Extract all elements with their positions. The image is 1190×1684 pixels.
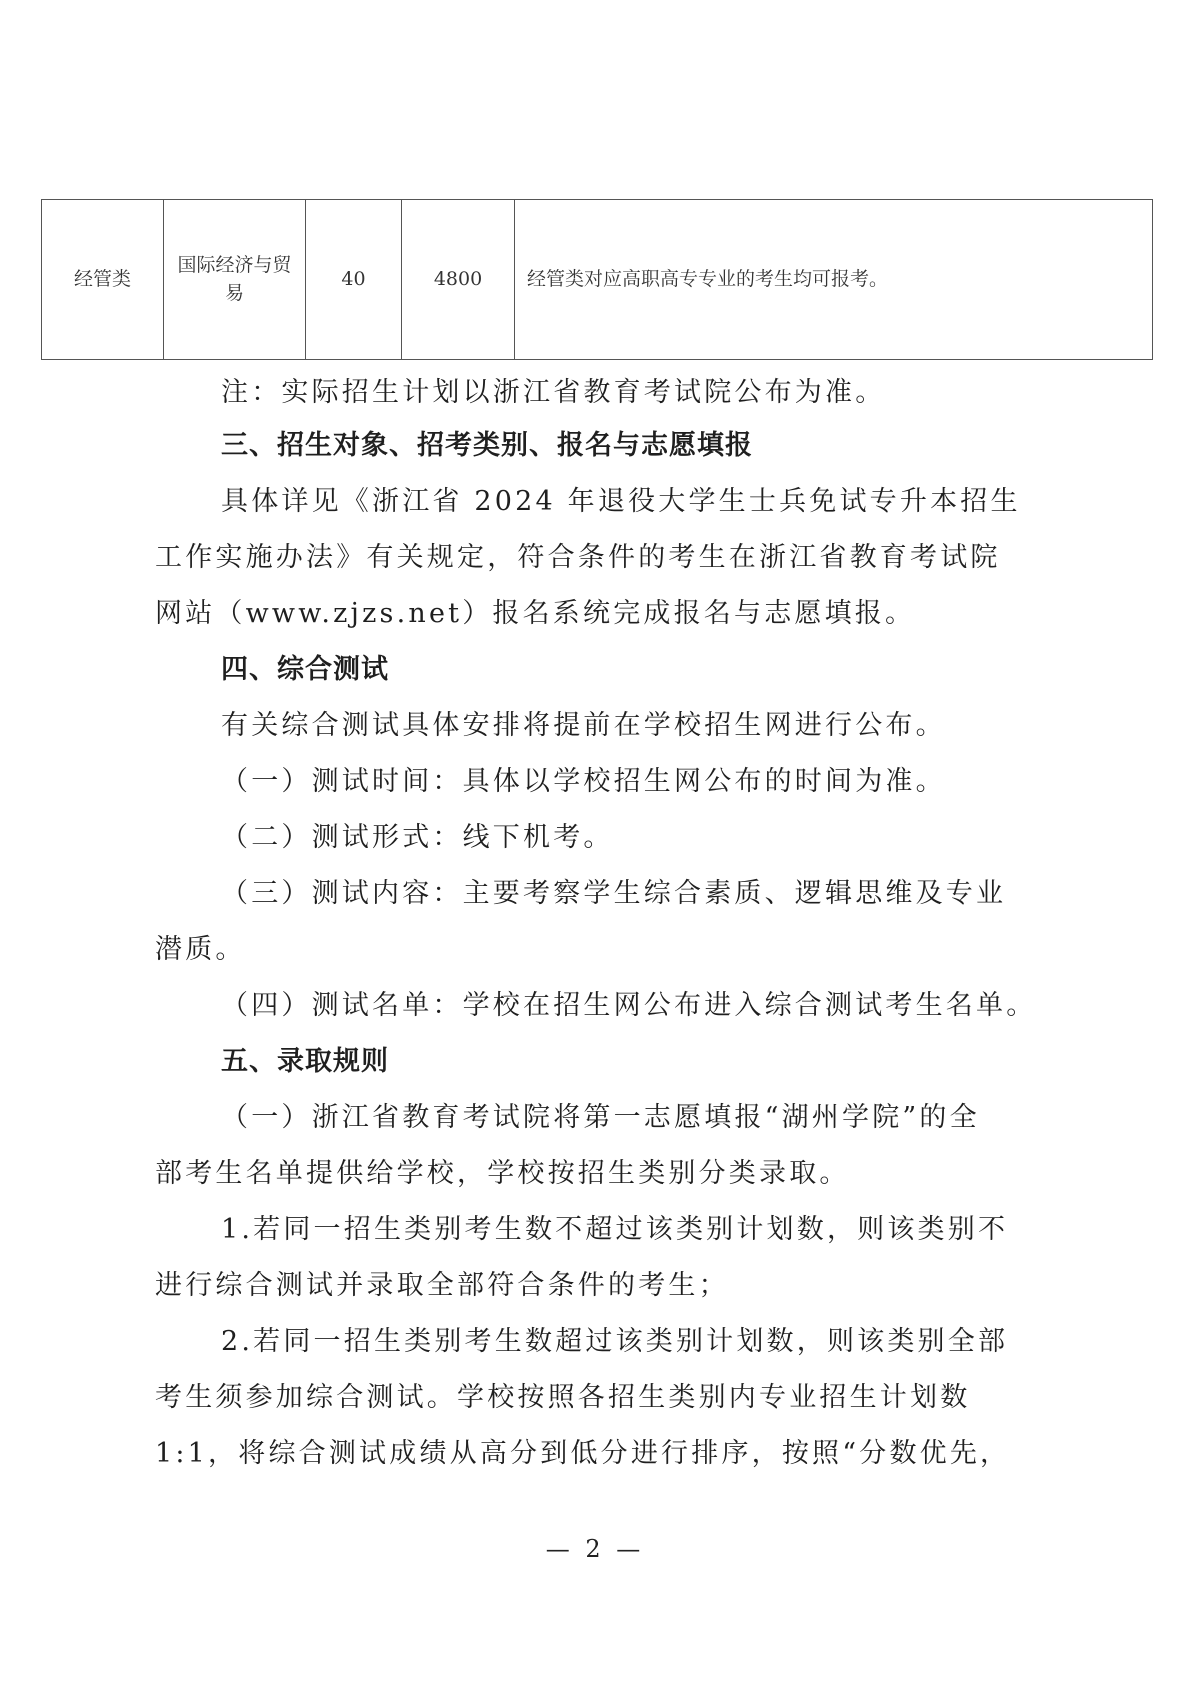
paragraph-line: 1.若同一招生类别考生数不超过该类别计划数，则该类别不 [221, 1207, 1008, 1246]
paragraph-line: 有关综合测试具体安排将提前在学校招生网进行公布。 [221, 703, 946, 742]
paragraph-line: （二）测试形式：线下机考。 [221, 815, 614, 854]
paragraph-line: 网站（www.zjzs.net）报名系统完成报名与志愿填报。 [155, 591, 915, 630]
paragraph-line: 具体详见《浙江省 2024 年退役大学生士兵免试专升本招生 [221, 479, 1021, 518]
section-heading-5: 五、录取规则 [221, 1039, 389, 1078]
paragraph-line: 2.若同一招生类别考生数超过该类别计划数，则该类别全部 [221, 1319, 1008, 1358]
paragraph-line: （三）测试内容：主要考察学生综合素质、逻辑思维及专业 [221, 871, 1006, 910]
paragraph-line: 潜质。 [155, 927, 246, 966]
paragraph-line: 进行综合测试并录取全部符合条件的考生； [155, 1263, 729, 1302]
page-number: — 2 — [0, 1535, 1190, 1563]
cell-major: 国际经济与贸易 [164, 200, 306, 359]
note-line: 注：实际招生计划以浙江省教育考试院公布为准。 [221, 370, 885, 409]
paragraph-line: 1:1，将综合测试成绩从高分到低分进行排序，按照“分数优先， [155, 1431, 1010, 1470]
cell-tuition: 4800 [402, 200, 515, 359]
cell-plan-count: 40 [306, 200, 402, 359]
paragraph-line: 部考生名单提供给学校，学校按招生类别分类录取。 [155, 1151, 850, 1190]
cell-category: 经管类 [42, 200, 164, 359]
paragraph-line: （一）测试时间：具体以学校招生网公布的时间为准。 [221, 759, 946, 798]
paragraph-line: 工作实施办法》有关规定，符合条件的考生在浙江省教育考试院 [155, 535, 1001, 574]
section-heading-4: 四、综合测试 [221, 647, 389, 686]
section-heading-3: 三、招生对象、招考类别、报名与志愿填报 [221, 423, 753, 462]
enrollment-plan-table: 经管类 国际经济与贸易 40 4800 经管类对应高职高专专业的考生均可报考。 [41, 199, 1153, 360]
paragraph-line: （一）浙江省教育考试院将第一志愿填报“湖州学院”的全 [221, 1095, 980, 1134]
paragraph-line: 考生须参加综合测试。学校按照各招生类别内专业招生计划数 [155, 1375, 970, 1414]
cell-note: 经管类对应高职高专专业的考生均可报考。 [515, 200, 1152, 359]
paragraph-line: （四）测试名单：学校在招生网公布进入综合测试考生名单。 [221, 983, 1036, 1022]
